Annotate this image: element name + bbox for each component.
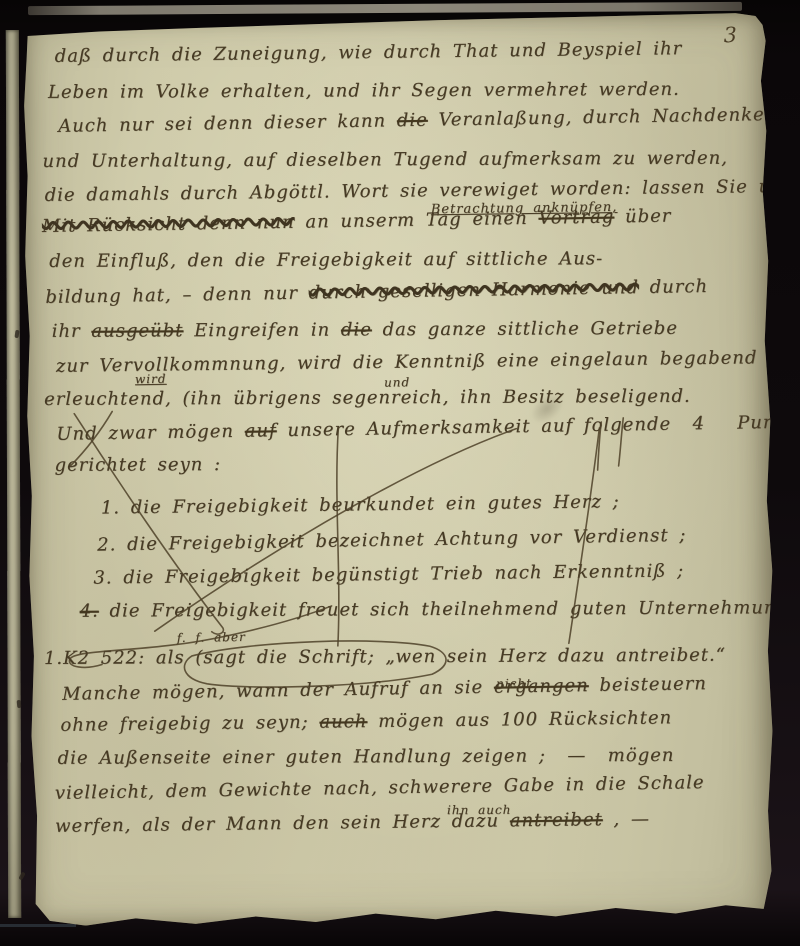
- ink-strokes-overlay: [0, 0, 800, 946]
- binding-mark: [17, 700, 22, 708]
- annotation-loop-oval: [184, 640, 446, 687]
- gutter-page-edge: [6, 30, 21, 918]
- deletion-stroke-vertical-mid: [336, 428, 340, 646]
- deletion-stroke-diagonal-up: [153, 429, 517, 632]
- scan-artifact-streak: [0, 924, 76, 927]
- deletion-stroke-diagonal-down: [74, 413, 223, 635]
- book-top-page-stack-edge: [28, 2, 742, 15]
- manuscript-page: 3 daß durch die Zuneigung, wie durch Tha…: [19, 11, 775, 928]
- tick-mark-2: [618, 418, 623, 466]
- deletion-stroke-vertical-right: [567, 428, 601, 643]
- deletion-stroke-cross: [70, 411, 112, 465]
- manuscript-photo: 3 daß durch die Zuneigung, wie durch Tha…: [0, 0, 800, 946]
- annotation-loop-tail: [69, 606, 332, 668]
